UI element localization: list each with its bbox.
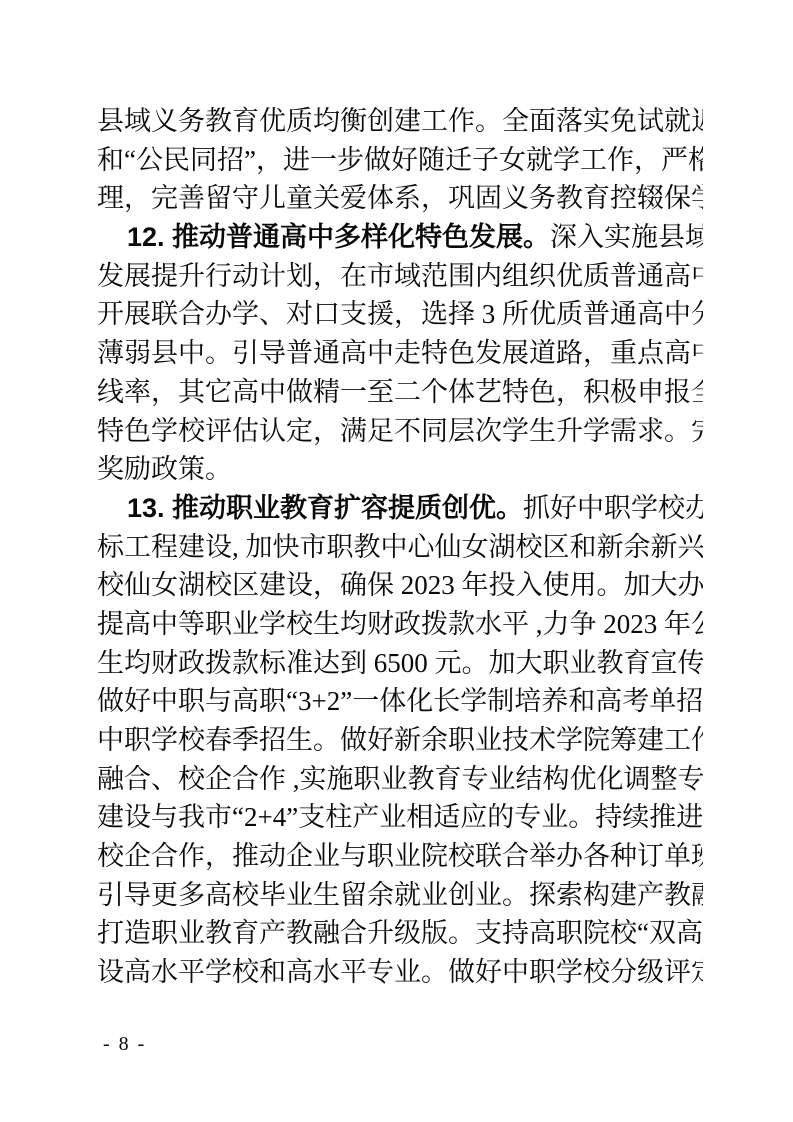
text-line: 薄弱县中。引导普通高中走特色发展道路，重点高中主抓文化上 xyxy=(97,334,703,373)
text-segment: 生均财政拨款标准达到 6500 元。加大职业教育宣传和招生力度， xyxy=(97,648,703,678)
text-segment: 抓好中职学校办学条件达 xyxy=(523,493,703,523)
text-line: 和“公民同招”，进一步做好随迁子女就学工作，严格规范学籍管 xyxy=(97,141,703,180)
text-segment: 打造职业教育产教融合升级版。支持高职院校“双高”建设，建 xyxy=(97,918,703,948)
document-page: 县域义务教育优质均衡创建工作。全面落实免试就近入学全覆盖和“公民同招”，进一步做… xyxy=(0,0,793,1122)
text-segment: 做好中职与高职“3+2”一体化长学制培养和高考单招工作，取消 xyxy=(97,686,703,716)
text-line: 做好中职与高职“3+2”一体化长学制培养和高考单招工作，取消 xyxy=(97,682,703,721)
text-segment: 县域义务教育优质均衡创建工作。全面落实免试就近入学全覆盖 xyxy=(97,106,703,136)
section-heading-segment: 12. 推动普通高中多样化特色发展。 xyxy=(127,222,550,252)
text-segment: 发展提升行动计划，在市域范围内组织优质普通高中与薄弱县中 xyxy=(97,261,703,291)
text-segment: 深入实施县域普通高中 xyxy=(550,222,703,252)
text-line: 校仙女湖校区建设，确保 2023 年投入使用。加大办学经费投入， xyxy=(97,566,703,605)
text-segment: 奖励政策。 xyxy=(97,454,232,484)
text-line: 特色学校评估认定，满足不同层次学生升学需求。完善教学成果 xyxy=(97,412,703,451)
text-segment: 设高水平学校和高水平专业。做好中职学校分级评定工作, 支持学 xyxy=(97,957,703,987)
text-line: 引导更多高校毕业生留余就业创业。探索构建产教融合共同体, xyxy=(97,876,703,915)
section-heading-segment: 13. 推动职业教育扩容提质创优。 xyxy=(127,493,523,523)
text-line: 奖励政策。 xyxy=(97,450,703,489)
text-line: 提高中等职业学校生均财政拨款水平 ,力争 2023 年公办中职学校 xyxy=(97,605,703,644)
text-line: 生均财政拨款标准达到 6500 元。加大职业教育宣传和招生力度， xyxy=(97,644,703,683)
text-segment: 特色学校评估认定，满足不同层次学生升学需求。完善教学成果 xyxy=(97,416,703,446)
text-line: 县域义务教育优质均衡创建工作。全面落实免试就近入学全覆盖 xyxy=(97,102,703,141)
text-line: 理，完善留守儿童关爱体系，巩固义务教育控辍保学成果。 xyxy=(97,179,703,218)
text-segment: 融合、校企合作 ,实施职业教育专业结构优化调整专项行动, 重点 xyxy=(97,764,703,794)
text-line: 建设与我市“2+4”支柱产业相适应的专业。持续推进现代学徒制 xyxy=(97,798,703,837)
text-segment: 开展联合办学、对口支援，选择 3 所优质普通高中分别帮扶 3 所 xyxy=(97,299,703,329)
text-line: 中职学校春季招生。做好新余职业技术学院筹建工作。深化产教 xyxy=(97,721,703,760)
text-line: 标工程建设, 加快市职教中心仙女湖校区和新余新兴产业工程学 xyxy=(97,528,703,567)
text-line: 线率，其它高中做精一至二个体艺特色，积极申报全省普通高中 xyxy=(97,373,703,412)
text-line: 12. 推动普通高中多样化特色发展。深入实施县域普通高中 xyxy=(97,218,703,257)
text-segment: 理，完善留守儿童关爱体系，巩固义务教育控辍保学成果。 xyxy=(97,183,703,213)
text-segment: 校仙女湖校区建设，确保 2023 年投入使用。加大办学经费投入， xyxy=(97,570,703,600)
text-line: 融合、校企合作 ,实施职业教育专业结构优化调整专项行动, 重点 xyxy=(97,760,703,799)
text-line: 开展联合办学、对口支援，选择 3 所优质普通高中分别帮扶 3 所 xyxy=(97,295,703,334)
text-segment: 引导更多高校毕业生留余就业创业。探索构建产教融合共同体, xyxy=(97,880,703,910)
text-line: 校企合作，推动企业与职业院校联合举办各种订单班、培训班， xyxy=(97,837,703,876)
text-segment: 建设与我市“2+4”支柱产业相适应的专业。持续推进现代学徒制 xyxy=(97,802,703,832)
text-segment: 薄弱县中。引导普通高中走特色发展道路，重点高中主抓文化上 xyxy=(97,338,703,368)
text-line: 打造职业教育产教融合升级版。支持高职院校“双高”建设，建 xyxy=(97,914,703,953)
text-segment: 标工程建设, 加快市职教中心仙女湖校区和新余新兴产业工程学 xyxy=(97,532,703,562)
text-segment: 提高中等职业学校生均财政拨款水平 ,力争 2023 年公办中职学校 xyxy=(97,609,703,639)
text-line: 设高水平学校和高水平专业。做好中职学校分级评定工作, 支持学 xyxy=(97,953,703,992)
text-line: 发展提升行动计划，在市域范围内组织优质普通高中与薄弱县中 xyxy=(97,257,703,296)
text-segment: 和“公民同招”，进一步做好随迁子女就学工作，严格规范学籍管 xyxy=(97,145,703,175)
text-line: 13. 推动职业教育扩容提质创优。抓好中职学校办学条件达 xyxy=(97,489,703,528)
text-segment: 线率，其它高中做精一至二个体艺特色，积极申报全省普通高中 xyxy=(97,377,703,407)
text-segment: 中职学校春季招生。做好新余职业技术学院筹建工作。深化产教 xyxy=(97,725,703,755)
page-number: - 8 - xyxy=(103,1030,146,1058)
text-segment: 校企合作，推动企业与职业院校联合举办各种订单班、培训班， xyxy=(97,841,703,871)
document-body: 县域义务教育优质均衡创建工作。全面落实免试就近入学全覆盖和“公民同招”，进一步做… xyxy=(97,102,703,992)
